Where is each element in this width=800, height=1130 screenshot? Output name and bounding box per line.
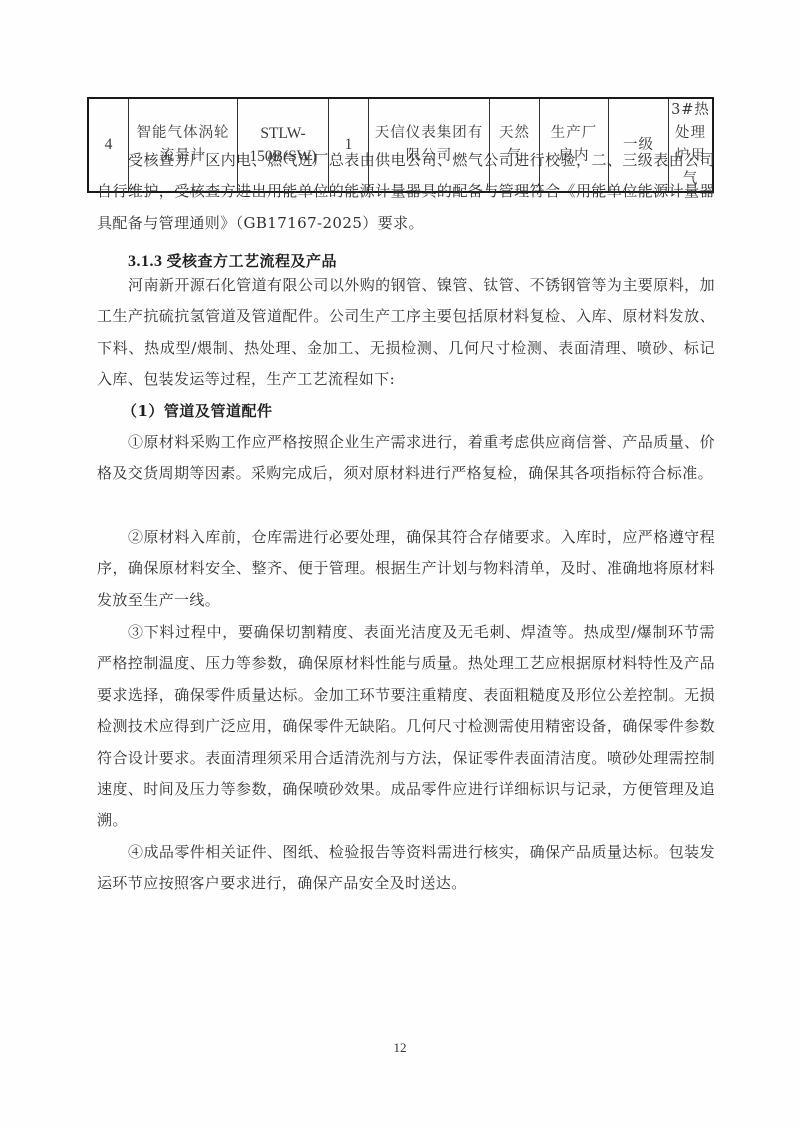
cell-text: 3#热处理	[671, 99, 710, 145]
list-item-2: ②原材料入库前，仓库需进行必要处理，确保其符合存储要求。入库时，应严格遵守程序，…	[97, 522, 715, 616]
cell-text: 智能气体涡轮	[131, 122, 235, 145]
section-number: 3.1.3	[128, 253, 163, 270]
list-item-3: ③下料过程中，要确保切割精度、表面光洁度及无毛刺、焊渣等。热成型/爆制环节需严格…	[97, 617, 715, 837]
cell-text: 天信仪表集团有	[371, 122, 487, 145]
section-title: 受核查方工艺流程及产品	[167, 252, 338, 270]
cell-text: 生产厂	[542, 122, 606, 145]
list-item-1: ①原材料采购工作应严格按照企业生产需求进行，着重考虑供应商信誉、产品质量、价格及…	[97, 427, 715, 490]
paragraph-company-process: 河南新开源石化管道有限公司以外购的钢管、镍管、钛管、不锈钢管等为主要原料，加工生…	[97, 270, 715, 396]
section-heading: 3.1.3受核查方工艺流程及产品	[128, 250, 337, 271]
page-number: 12	[0, 1040, 800, 1056]
paragraph-metering-compliance: 受核查方厂区内电、燃气进厂总表由供电公司、燃气公司进行校验，二、三级表由公司自行…	[97, 145, 715, 239]
list-item-4: ④成品零件相关证件、图纸、检验报告等资料需进行核实，确保产品质量达标。包装发运环…	[97, 837, 715, 900]
cell-text: 天然	[492, 122, 537, 145]
cell-text: STLW-	[240, 122, 326, 145]
document-page: 4 智能气体涡轮 流量计 STLW- 150B(SW) 1 天信仪表集团有 限公…	[0, 0, 800, 1130]
subheading-pipes: （1）管道及管道配件	[122, 400, 272, 421]
